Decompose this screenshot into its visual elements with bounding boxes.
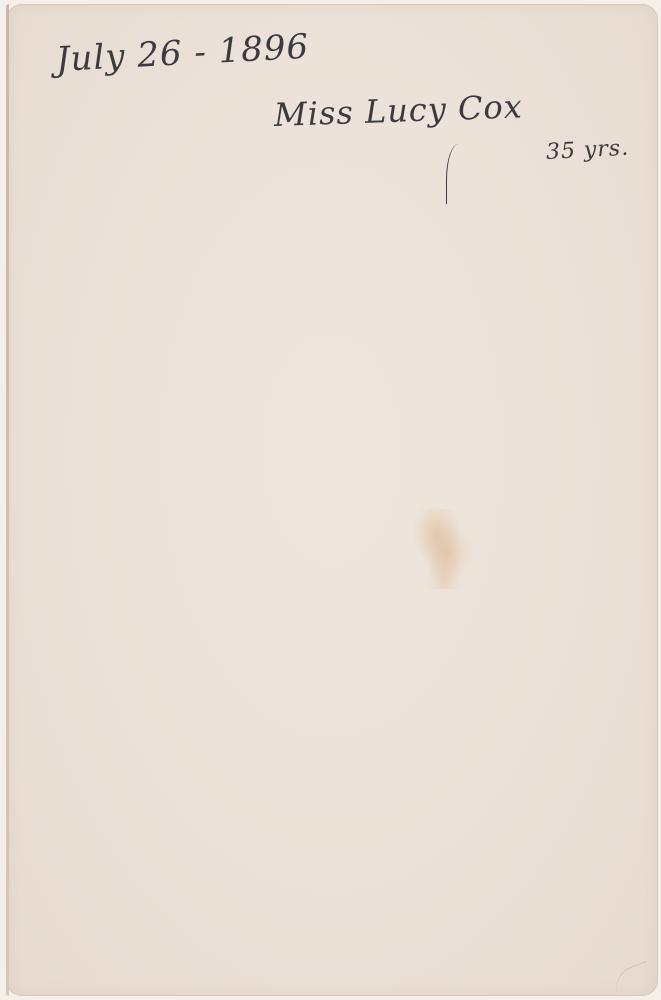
corner-wear: [609, 961, 655, 998]
handwritten-age: 35 yrs.: [545, 136, 629, 165]
foxing-stain: [408, 509, 480, 589]
handwritten-name: Miss Lucy Cox: [273, 87, 523, 134]
cabinet-card-back: July 26 - 1896 Miss Lucy Cox 35 yrs.: [6, 4, 658, 996]
signature-flourish: [446, 144, 467, 204]
handwritten-date: July 26 - 1896: [55, 27, 310, 80]
